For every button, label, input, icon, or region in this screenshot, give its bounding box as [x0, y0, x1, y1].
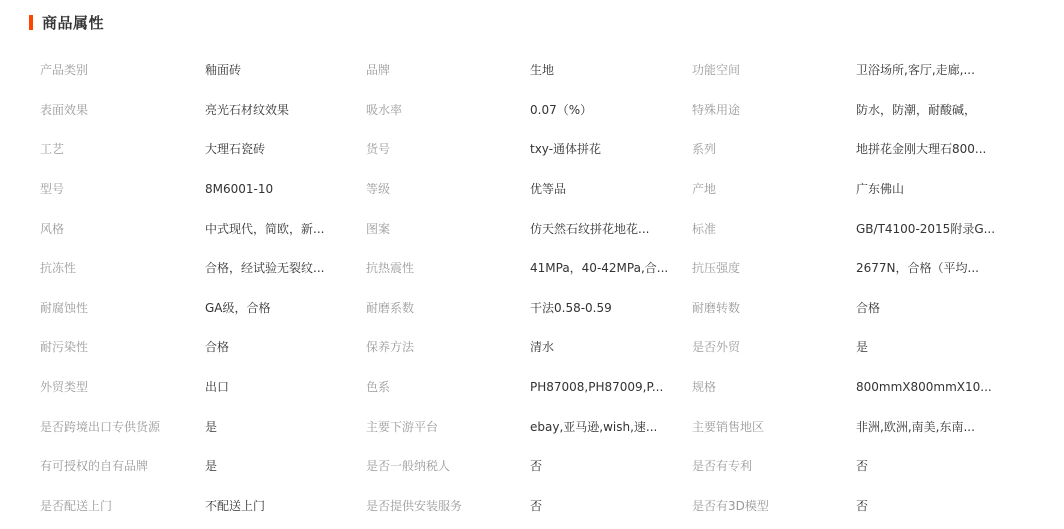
attribute-row: 表面效果 亮光石材纹效果 吸水率 0.07（%） 特殊用途 防水，防潮，耐酸碱，	[40, 90, 1040, 130]
attribute-label: 主要销售地区	[692, 418, 856, 435]
attribute-value: 是	[205, 418, 366, 435]
attribute-value: 不配送上门	[205, 497, 366, 514]
attribute-value: 釉面砖	[205, 61, 366, 78]
attribute-value: 生地	[530, 61, 692, 78]
attribute-label: 是否一般纳税人	[366, 457, 530, 474]
attribute-value: 否	[856, 497, 1006, 514]
attribute-value: 仿天然石纹拼花地花...	[530, 220, 692, 237]
attribute-label: 抗热震性	[366, 259, 530, 276]
section-title: 商品属性	[42, 12, 104, 33]
attribute-label: 型号	[40, 180, 205, 197]
attribute-value: 2677N，合格（平均...	[856, 259, 1006, 276]
attribute-label: 表面效果	[40, 101, 205, 118]
attribute-value: 清水	[530, 338, 692, 355]
attribute-label: 是否有专利	[692, 457, 856, 474]
accent-bar	[29, 15, 33, 30]
attribute-label: 货号	[366, 140, 530, 157]
attribute-label: 耐磨系数	[366, 299, 530, 316]
attribute-value: 否	[530, 457, 692, 474]
attribute-row: 抗冻性 合格，经试验无裂纹... 抗热震性 41MPa，40-42MPa,合..…	[40, 248, 1040, 288]
attribute-value: 是	[856, 338, 1006, 355]
attribute-label: 耐磨转数	[692, 299, 856, 316]
attribute-label: 是否配送上门	[40, 497, 205, 514]
attribute-label: 外贸类型	[40, 378, 205, 395]
attribute-row: 耐污染性 合格 保养方法 清水 是否外贸 是	[40, 327, 1040, 367]
attribute-value: 优等品	[530, 180, 692, 197]
attribute-row: 型号 8M6001-10 等级 优等品 产地 广东佛山	[40, 169, 1040, 209]
attribute-row: 有可授权的自有品牌 是 是否一般纳税人 否 是否有专利 否	[40, 446, 1040, 486]
attribute-value: 否	[530, 497, 692, 514]
attribute-label: 耐污染性	[40, 338, 205, 355]
attribute-value: 合格	[205, 338, 366, 355]
attribute-value: 中式现代，简欧，新...	[205, 220, 366, 237]
attribute-value: 0.07（%）	[530, 101, 692, 118]
attribute-value: 卫浴场所,客厅,走廊,...	[856, 61, 1006, 78]
attribute-value: 亮光石材纹效果	[205, 101, 366, 118]
attribute-label: 等级	[366, 180, 530, 197]
attribute-value: txy-通体拼花	[530, 140, 692, 157]
attributes-table: 产品类别 釉面砖 品牌 生地 功能空间 卫浴场所,客厅,走廊,... 表面效果 …	[40, 50, 1040, 525]
attribute-label: 特殊用途	[692, 101, 856, 118]
attribute-label: 图案	[366, 220, 530, 237]
product-attributes-section: 商品属性 产品类别 釉面砖 品牌 生地 功能空间 卫浴场所,客厅,走廊,... …	[0, 0, 1064, 529]
attribute-label: 色系	[366, 378, 530, 395]
attribute-label: 产品类别	[40, 61, 205, 78]
attribute-value: 8M6001-10	[205, 182, 366, 196]
attribute-value: 出口	[205, 378, 366, 395]
attribute-value: 非洲,欧洲,南美,东南...	[856, 418, 1006, 435]
attribute-label: 功能空间	[692, 61, 856, 78]
attribute-label: 品牌	[366, 61, 530, 78]
attribute-label: 规格	[692, 378, 856, 395]
attribute-value: PH87008,PH87009,P...	[530, 380, 692, 394]
attribute-label: 有可授权的自有品牌	[40, 457, 205, 474]
attribute-row: 是否跨境出口专供货源 是 主要下游平台 ebay,亚马逊,wish,速... 主…	[40, 406, 1040, 446]
attribute-label: 工艺	[40, 140, 205, 157]
attribute-label: 风格	[40, 220, 205, 237]
attribute-value: 地拼花金刚大理石800...	[856, 140, 1006, 157]
attribute-value: GA级，合格	[205, 299, 366, 316]
attribute-value: 800mmX800mmX10...	[856, 380, 1006, 394]
attribute-label: 是否有3D模型	[692, 497, 856, 514]
attribute-row: 风格 中式现代，简欧，新... 图案 仿天然石纹拼花地花... 标准 GB/T4…	[40, 208, 1040, 248]
attribute-value: 合格，经试验无裂纹...	[205, 259, 366, 276]
attribute-label: 产地	[692, 180, 856, 197]
attribute-label: 吸水率	[366, 101, 530, 118]
attribute-row: 外贸类型 出口 色系 PH87008,PH87009,P... 规格 800mm…	[40, 367, 1040, 407]
attribute-label: 抗冻性	[40, 259, 205, 276]
attribute-value: 防水，防潮，耐酸碱，	[856, 101, 1006, 118]
section-header: 商品属性	[29, 12, 104, 32]
attribute-label: 保养方法	[366, 338, 530, 355]
attribute-label: 是否跨境出口专供货源	[40, 418, 205, 435]
attribute-value: GB/T4100-2015附录G...	[856, 220, 1006, 237]
attribute-label: 耐腐蚀性	[40, 299, 205, 316]
attribute-value: 干法0.58-0.59	[530, 299, 692, 316]
attribute-label: 是否外贸	[692, 338, 856, 355]
attribute-value: 否	[856, 457, 1006, 474]
attribute-label: 标准	[692, 220, 856, 237]
attribute-value: ebay,亚马逊,wish,速...	[530, 418, 692, 435]
attribute-label: 主要下游平台	[366, 418, 530, 435]
attribute-row: 产品类别 釉面砖 品牌 生地 功能空间 卫浴场所,客厅,走廊,...	[40, 50, 1040, 90]
attribute-label: 是否提供安装服务	[366, 497, 530, 514]
attribute-value: 大理石瓷砖	[205, 140, 366, 157]
attribute-label: 抗压强度	[692, 259, 856, 276]
attribute-value: 广东佛山	[856, 180, 1006, 197]
attribute-row: 是否配送上门 不配送上门 是否提供安装服务 否 是否有3D模型 否	[40, 486, 1040, 526]
attribute-row: 耐腐蚀性 GA级，合格 耐磨系数 干法0.58-0.59 耐磨转数 合格	[40, 288, 1040, 328]
attribute-value: 合格	[856, 299, 1006, 316]
attribute-value: 是	[205, 457, 366, 474]
attribute-value: 41MPa，40-42MPa,合...	[530, 259, 692, 276]
attribute-label: 系列	[692, 140, 856, 157]
attribute-row: 工艺 大理石瓷砖 货号 txy-通体拼花 系列 地拼花金刚大理石800...	[40, 129, 1040, 169]
